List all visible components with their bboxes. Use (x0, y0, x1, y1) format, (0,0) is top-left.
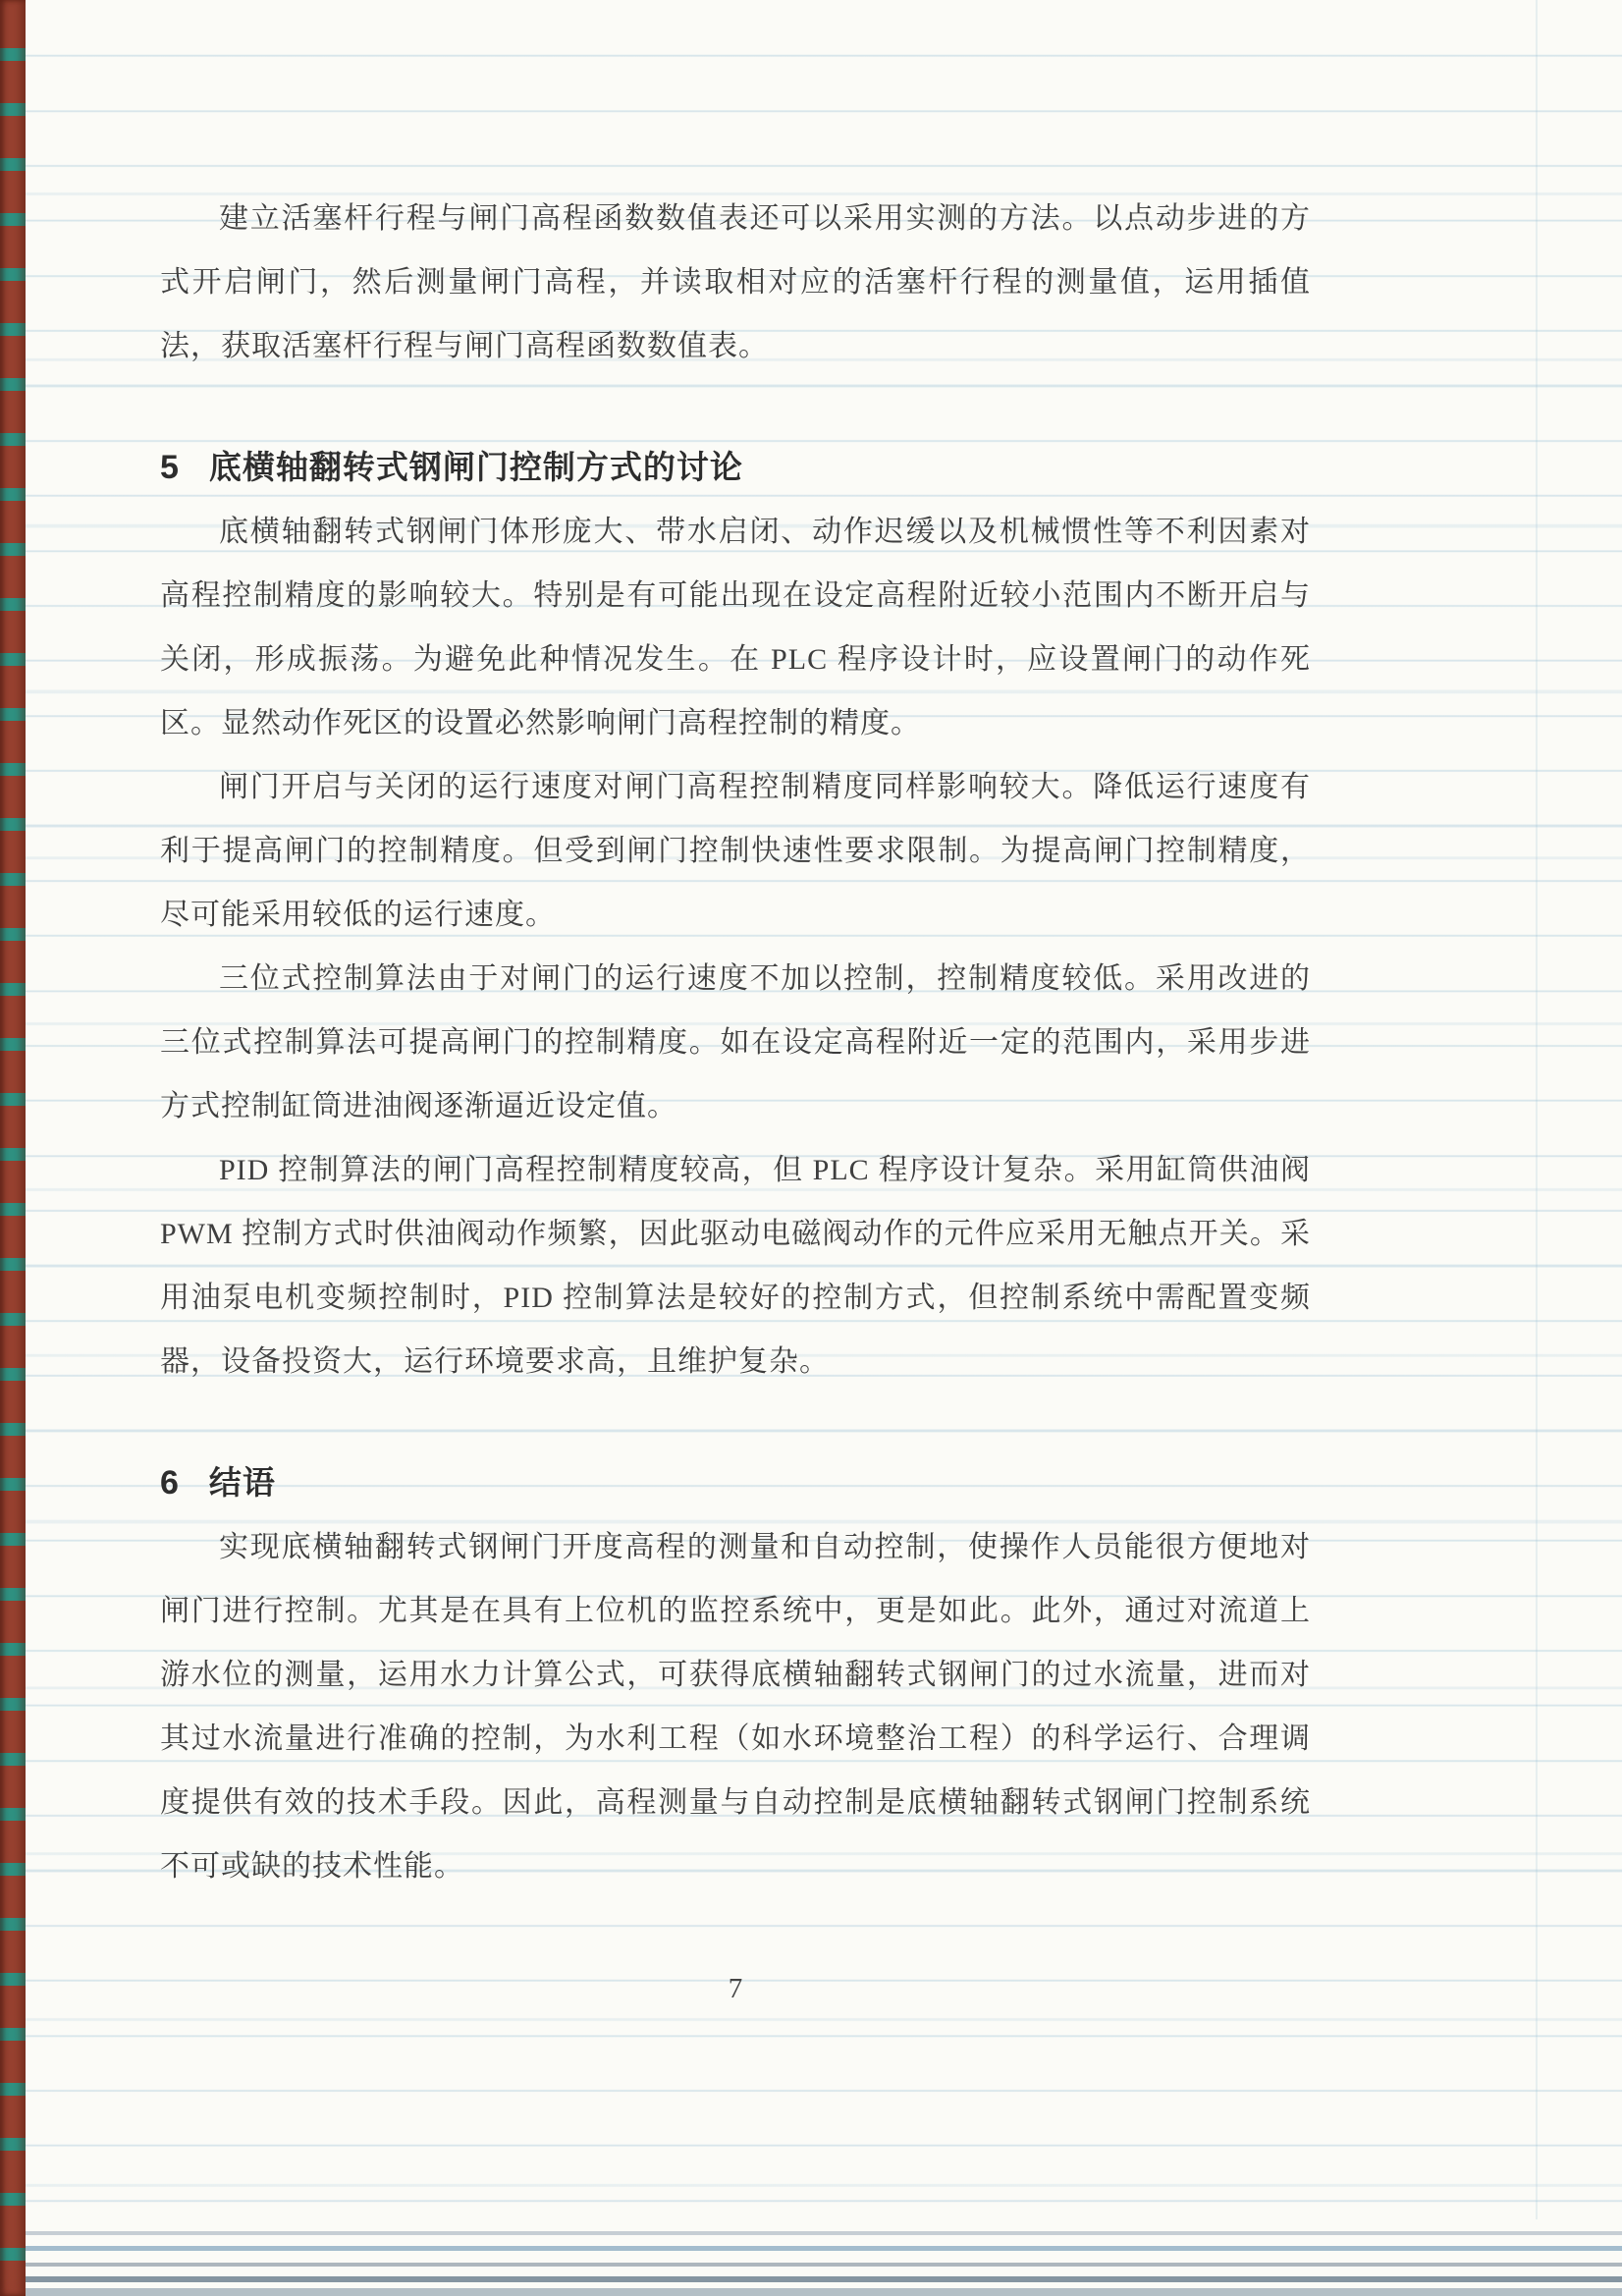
section-5-title: 底横轴翻转式钢闸门控制方式的讨论 (209, 435, 743, 499)
page-edge-line (0, 2231, 1622, 2235)
section-6-number: 6 (160, 1451, 180, 1515)
intro-paragraph: 建立活塞杆行程与闸门高程函数数值表还可以采用实测的方法。以点动步进的方式开启闸门… (160, 187, 1311, 378)
section-5-paragraph: 闸门开启与关闭的运行速度对闸门高程控制精度同样影响较大。降低运行速度有利于提高闸… (160, 755, 1311, 947)
binding-edge (0, 0, 26, 2296)
document-body: 建立活塞杆行程与闸门高程函数数值表还可以采用实测的方法。以点动步进的方式开启闸门… (160, 187, 1311, 2021)
underlying-page-edges (0, 2221, 1622, 2296)
section-5-number: 5 (160, 436, 180, 500)
section-5-paragraph: PID 控制算法的闸门高程控制精度较高，但 PLC 程序设计复杂。采用缸筒供油阀… (160, 1138, 1311, 1394)
page-edge-line (0, 2288, 1622, 2296)
section-5-paragraph: 三位式控制算法由于对闸门的运行速度不加以控制，控制精度较低。采用改进的三位式控制… (160, 947, 1311, 1138)
section-6-paragraph: 实现底横轴翻转式钢闸门开度高程的测量和自动控制，使操作人员能很方便地对闸门进行控… (160, 1515, 1311, 1898)
page-edge-line (0, 2263, 1622, 2267)
section-5-paragraph: 底横轴翻转式钢闸门体形庞大、带水启闭、动作迟缓以及机械惯性等不利因素对高程控制精… (160, 500, 1311, 755)
section-6-title: 结语 (209, 1450, 276, 1514)
page-edge-line (0, 2246, 1622, 2251)
page-edge-line (0, 2276, 1622, 2282)
right-margin-line (1536, 0, 1538, 2219)
section-5-heading: 5 底横轴翻转式钢闸门控制方式的讨论 (160, 435, 1311, 500)
section-6-heading: 6 结语 (160, 1450, 1311, 1515)
page-number: 7 (160, 1957, 1311, 2021)
scanned-document-page: 建立活塞杆行程与闸门高程函数数值表还可以采用实测的方法。以点动步进的方式开启闸门… (0, 0, 1622, 2296)
